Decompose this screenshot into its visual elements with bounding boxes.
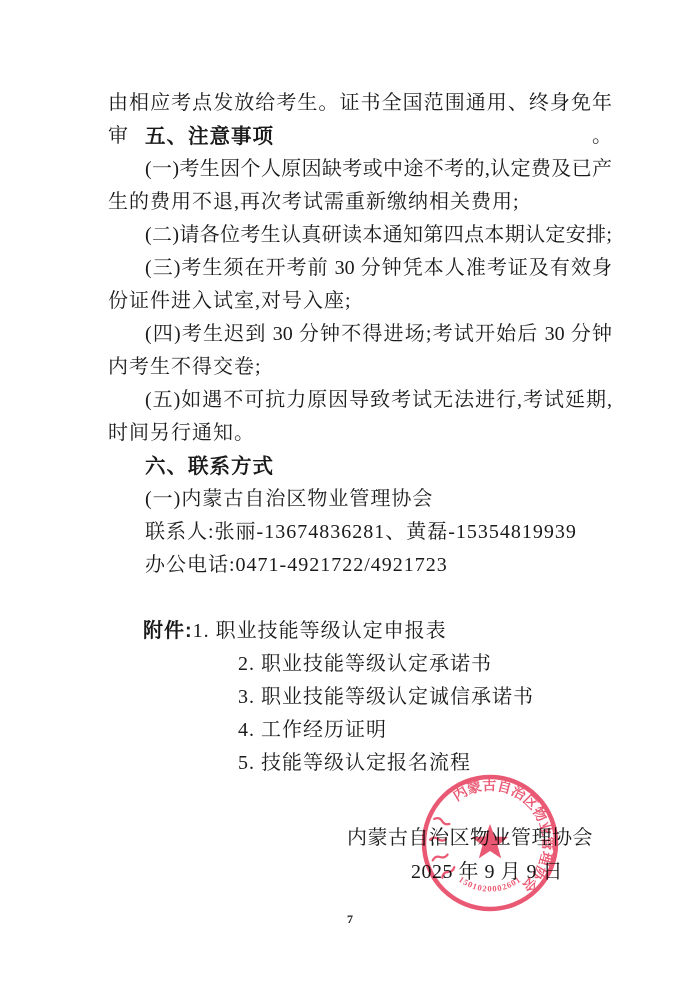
attachment-item: 1. 职业技能等级认定申报表: [193, 620, 447, 642]
attachments-line: 附件:1. 职业技能等级认定申报表: [108, 615, 612, 648]
doc-line: (一)内蒙古自治区物业管理协会: [108, 483, 612, 516]
attachment-item: 4. 工作经历证明: [108, 714, 612, 747]
doc-line: 内考生不得交卷;: [108, 351, 612, 384]
contact-persons-line: 联系人:张丽-13674836281、黄磊-15354819939: [108, 516, 612, 549]
doc-line: (四)考生迟到 30 分钟不得进场;考试开始后 30 分钟: [108, 318, 612, 351]
blank-line: [108, 582, 612, 615]
section-heading-contact: 六、联系方式: [108, 450, 612, 483]
office-phone-line: 办公电话:0471-4921722/4921723: [108, 549, 612, 582]
signature-date: 2025 年 9 月 9 日: [411, 855, 563, 884]
attachment-item: 5. 技能等级认定报名流程: [108, 747, 612, 780]
attachments-label: 附件:: [143, 620, 193, 642]
doc-line: (三)考生须在开考前 30 分钟凭本人准考证及有效身: [108, 252, 612, 285]
doc-line: (二)请各位考生认真研读本通知第四点本期认定安排;: [108, 219, 612, 252]
attachment-item: 2. 职业技能等级认定承诺书: [108, 648, 612, 681]
document-body: 由相应考点发放给考生。证书全国范围通用、终身免年审。 五、注意事项 (一)考生因…: [108, 87, 612, 780]
attachment-item: 3. 职业技能等级认定诚信承诺书: [108, 681, 612, 714]
page-number: 7: [0, 912, 700, 927]
signature-organization: 内蒙古自治区物业管理协会: [347, 821, 593, 850]
doc-line: 由相应考点发放给考生。证书全国范围通用、终身免年审。: [108, 87, 612, 120]
doc-line: (一)考生因个人原因缺考或中途不考的,认定费及已产: [108, 153, 612, 186]
doc-line: 时间另行通知。: [108, 417, 612, 450]
document-page: 由相应考点发放给考生。证书全国范围通用、终身免年审。 五、注意事项 (一)考生因…: [0, 0, 700, 990]
doc-line: (五)如遇不可抗力原因导致考试无法进行,考试延期,: [108, 384, 612, 417]
doc-line: 份证件进入试室,对号入座;: [108, 285, 612, 318]
doc-line: 生的费用不退,再次考试需重新缴纳相关费用;: [108, 186, 612, 219]
